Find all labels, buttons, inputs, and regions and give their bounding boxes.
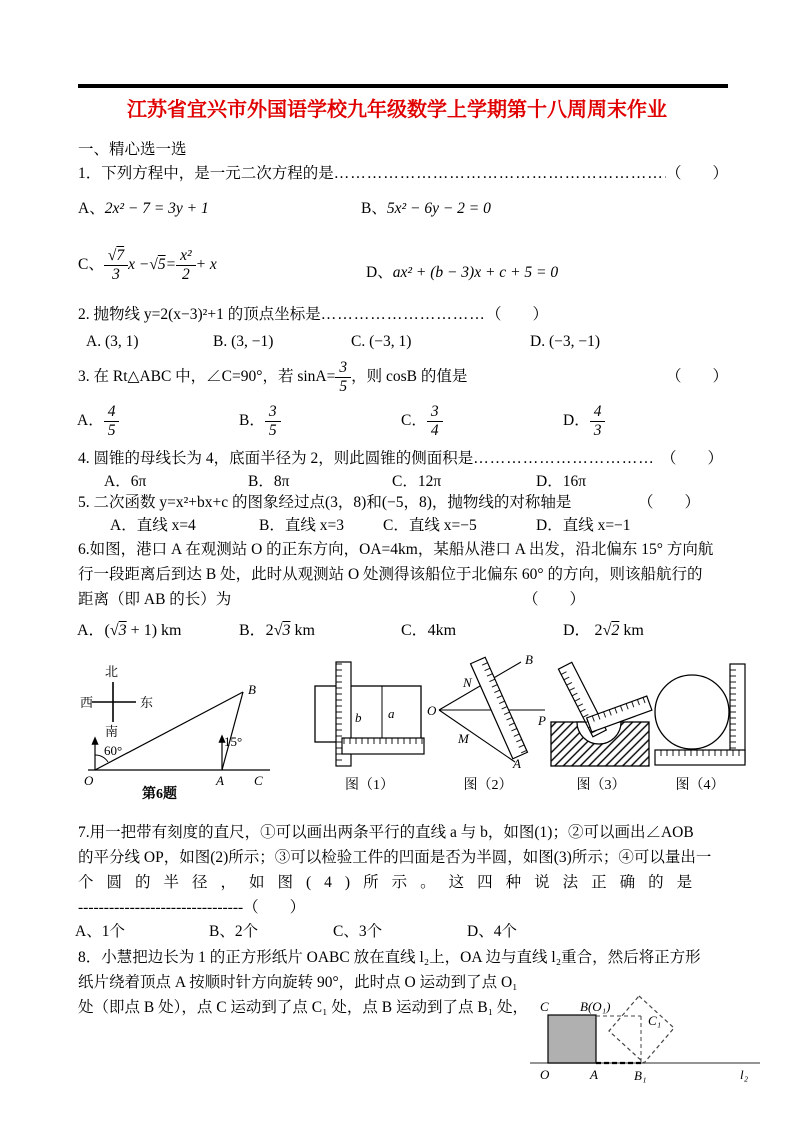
q7-dash-leader: --------------------------------: [78, 899, 243, 916]
q5-stem-row: 5. 二次函数 y=x²+bx+c 的图象经过点(3，8)和(−5，8)，抛物线…: [78, 492, 700, 514]
corner-ruler-horizontal: [655, 750, 745, 765]
q6-line3: 距离（即 AB 的长）为: [78, 589, 231, 611]
q7-line2: 的平分线 OP，如图(2)所示；③可以检验工件的凹面是否为半圆，如图(3)所示；…: [78, 847, 711, 869]
q8-figure: C B(O₁) C₁ O A B₁ l₂: [528, 983, 790, 1100]
section-heading: 一、精心选一选: [78, 139, 187, 161]
figure-1: b a 图（1）: [312, 656, 427, 794]
q8-line2: 纸片绕着顶点 A 按顺时针方向旋转 90°，此时点 O 运动到了点 O₁: [78, 972, 518, 994]
line-b-label: b: [355, 710, 362, 725]
q3-option-a: A． 45: [77, 400, 119, 442]
label-l2: l₂: [740, 1067, 749, 1082]
q7-line1: 7.用一把带有刻度的直尺，①可以画出两条平行的直线 a 与 b，如图(1)；②可…: [78, 822, 694, 844]
q8-line1: 8．小慧把边长为 1 的正方形纸片 OABC 放在直线 l₂上，OA 边与直线 …: [78, 947, 701, 969]
angle-60-label: 60°: [104, 743, 122, 758]
q4-option-d: D．16π: [536, 471, 586, 493]
point-m-label: M: [457, 731, 470, 746]
label-a: A: [589, 1067, 598, 1082]
q1-option-d-formula: ax² + (b − 3)x + c + 5 = 0: [393, 264, 558, 281]
q7-option-c: C、3个: [333, 921, 382, 943]
line-a-label: a: [388, 706, 395, 721]
q3-option-d: D． 43: [563, 400, 605, 442]
ray-b-label: B: [525, 652, 533, 667]
figure-4: 图（4）: [653, 662, 747, 794]
q4-stem-row: 4. 圆锥的母线长为 4，底面半径为 2，则此圆锥的侧面积是 …………………………: [78, 448, 723, 470]
q8-line3: 处（即点 B 处），点 C 运动到了点 C₁ 处，点 B 运动到了点 B₁ 处，: [78, 997, 528, 1019]
q7-line3: 个圆的半径，如图(4)所示。这四种说法正确的是: [78, 872, 705, 894]
q5-option-d: D．直线 x=−1: [536, 515, 631, 537]
q3-answer-bracket: （ ）: [666, 366, 728, 388]
q4-option-a: A．6π: [104, 471, 146, 493]
q1-option-c-label: C、: [78, 254, 104, 276]
q3-stem-post: ，则 cosB 的值是: [351, 366, 467, 388]
q1-option-c: C、 √7 3 x − √5 = x² 2 + x: [78, 237, 217, 293]
q1-dot-leader: …………………………………………………………………: [334, 163, 666, 185]
q7-option-a: A、1个: [75, 921, 125, 943]
q1-stem-row: 1．下列方程中，是一元二次方程的是 ……………………………………………………………: [78, 163, 728, 185]
q3-option-c: C． 34: [401, 400, 443, 442]
worksheet-page: 江苏省宜兴市外国语学校九年级数学上学期第十八周周末作业 一、精心选一选 1．下列…: [0, 0, 794, 1122]
q1-option-b-label: B、: [361, 200, 387, 217]
compass-west-label: 西: [80, 695, 93, 710]
point-o-label: O: [84, 773, 94, 788]
q1-option-d: D、ax² + (b − 3)x + c + 5 = 0: [366, 262, 558, 284]
q2-option-b: B. (3, −1): [213, 331, 273, 353]
point-n-label: N: [462, 675, 473, 690]
q1-option-a: A、2x² − 7 = 3y + 1: [78, 198, 209, 220]
point-a-label: A: [215, 773, 224, 788]
q1-option-b: B、5x² − 6y − 2 = 0: [361, 198, 491, 220]
q1-option-b-formula: 5x² − 6y − 2 = 0: [387, 200, 491, 217]
compass-east-label: 东: [140, 695, 153, 710]
figure-2-svg: O N M B A P: [427, 650, 549, 772]
corner-ruler-vertical: [730, 664, 745, 762]
q6-answer-bracket: （ ）: [523, 589, 585, 611]
horizontal-ruler: [342, 738, 424, 754]
q8-figure-svg: C B(O₁) C₁ O A B₁ l₂: [528, 983, 790, 1095]
q7-option-d: D、4个: [467, 921, 517, 943]
q6-line1: 6.如图，港口 A 在观测站 O 的正东方向，OA=4km，某船从港口 A 出发…: [78, 539, 713, 561]
q1-answer-bracket: （ ）: [666, 163, 728, 185]
q5-answer-bracket: （ ）: [638, 492, 700, 514]
q2-option-d: D. (−3, −1): [530, 331, 600, 353]
q4-option-c: C．12π: [392, 471, 441, 493]
q7-dash-row: --------------------------------（ ）: [78, 897, 305, 919]
q3-stem-row: 3. 在 Rt△ABC 中，∠C=90°，若 sinA= 3 5 ，则 cosB…: [78, 356, 728, 398]
q6-figure-svg: 北 南 西 东 60° 15° O A C B 第6题: [80, 652, 330, 800]
label-c1: C₁: [648, 1013, 661, 1028]
q4-stem: 4. 圆锥的母线长为 4，底面半径为 2，则此圆锥的侧面积是: [78, 448, 473, 470]
q1-stem: 1．下列方程中，是一元二次方程的是: [78, 163, 334, 185]
q7-option-b: B、2个: [209, 921, 258, 943]
q3-stem-frac: 3 5: [335, 359, 351, 395]
q2-answer-bracket: （ ）: [486, 304, 548, 326]
figure-4-svg: [653, 662, 747, 772]
q5-option-c: C．直线 x=−5: [383, 515, 477, 537]
q1-option-c-frac2: x² 2: [176, 247, 196, 283]
q1-option-d-label: D、: [366, 264, 393, 281]
point-p-label: P: [537, 713, 546, 728]
q6-option-c: C．4km: [401, 620, 456, 642]
q6-option-b: B．2√3 km: [239, 620, 315, 642]
figure-4-caption: 图（4）: [676, 774, 725, 794]
point-c-label: C: [254, 773, 263, 788]
q3-option-b: B． 35: [239, 400, 281, 442]
q5-option-b: B．直线 x=3: [259, 515, 344, 537]
point-b-label: B: [248, 682, 256, 697]
compass-south-label: 南: [105, 724, 118, 739]
label-o: O: [540, 1067, 550, 1082]
q6-line2: 行一段距离后到达 B 处，此时从观测站 O 处测得该船位于北偏东 60° 的方向…: [78, 564, 702, 586]
figure-1-svg: b a: [312, 656, 427, 772]
q3-stem-pre: 3. 在 Rt△ABC 中，∠C=90°，若 sinA=: [78, 366, 335, 388]
figure-3-svg: [549, 660, 653, 772]
figure-2: O N M B A P 图（2）: [427, 650, 549, 794]
compass-rose: 北 南 西 东: [80, 664, 153, 739]
compass-north-label: 北: [105, 664, 118, 679]
q7-answer-bracket: （ ）: [243, 899, 305, 916]
label-c: C: [540, 999, 549, 1014]
q1-option-a-formula: 2x² − 7 = 3y + 1: [105, 200, 209, 217]
q5-stem: 5. 二次函数 y=x²+bx+c 的图象经过点(3，8)和(−5，8)，抛物线…: [78, 492, 571, 514]
top-rule: [78, 84, 728, 88]
label-b1: B₁: [634, 1068, 646, 1083]
figure-3: 图（3）: [549, 660, 653, 794]
q6-option-d: D． 2√2 km: [563, 620, 644, 642]
square-oabc: [548, 1015, 596, 1063]
vertex-o-label: O: [427, 703, 437, 718]
measured-circle: [655, 675, 729, 749]
angle-15-label: 15°: [224, 734, 242, 749]
q1-option-c-frac1: √7 3: [104, 247, 128, 283]
figure-3-caption: 图（3）: [577, 774, 626, 794]
q6-option-a: A．(√3 + 1) km: [77, 620, 181, 642]
q1-option-a-label: A、: [78, 200, 105, 217]
paper-rect: [315, 686, 421, 742]
label-b-o1: B(O₁): [580, 999, 611, 1014]
q2-dot-leader: ………………………………: [321, 304, 486, 326]
page-title: 江苏省宜兴市外国语学校九年级数学上学期第十八周周末作业: [0, 93, 794, 122]
q6-figure-caption: 第6题: [142, 785, 177, 800]
q4-answer-bracket: （ ）: [661, 448, 723, 470]
figure-1-caption: 图（1）: [345, 774, 394, 794]
q2-stem: 2. 抛物线 y=2(x−3)²+1 的顶点坐标是: [78, 304, 321, 326]
q4-dot-leader: ……………………………: [473, 448, 661, 470]
q6-figure: 北 南 西 东 60° 15° O A C B 第6题: [80, 652, 330, 805]
ray-a-label: A: [512, 756, 521, 771]
q2-stem-row: 2. 抛物线 y=2(x−3)²+1 的顶点坐标是 ……………………………… （…: [78, 304, 548, 326]
ruler-figures-row: b a 图（1） O N M B: [312, 650, 742, 794]
q4-option-b: B．8π: [248, 471, 289, 493]
angled-ruler: [471, 657, 528, 759]
q2-option-c: C. (−3, 1): [351, 331, 411, 353]
q2-option-a: A. (3, 1): [86, 331, 139, 353]
figure-2-caption: 图（2）: [464, 774, 513, 794]
q5-option-a: A．直线 x=4: [110, 515, 196, 537]
